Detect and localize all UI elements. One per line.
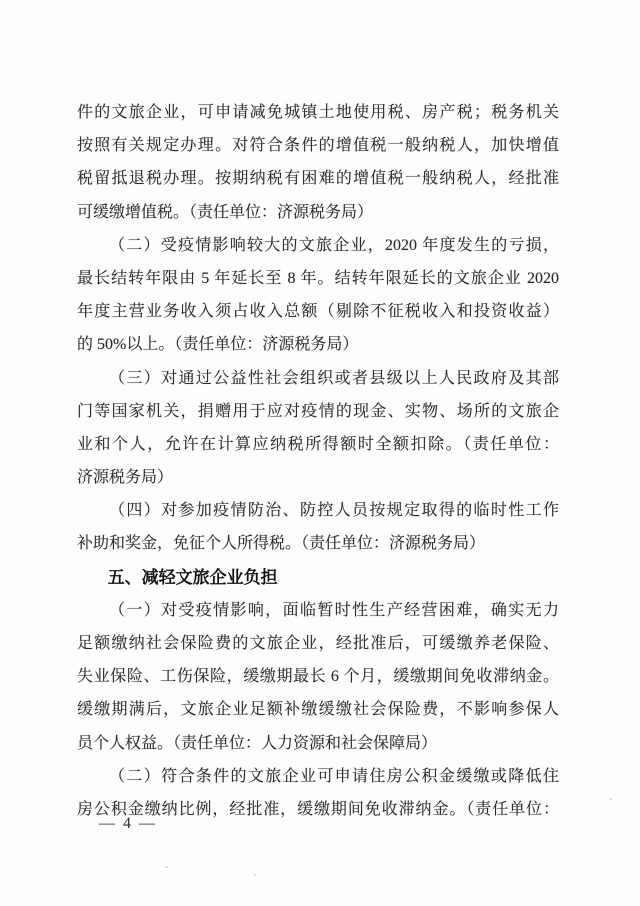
- text-line: 员个人权益。（责任单位：人力资源和社会保障局）: [77, 727, 559, 760]
- text-line: （一）对受疫情影响，面临暂时性生产经营困难，确实无力: [77, 594, 559, 627]
- text-line: 业和个人，允许在计算应纳税所得额时全额扣除。（责任单位：: [77, 428, 559, 461]
- text-line: 税留抵退税办理。按期纳税有困难的增值税一般纳税人，经批准: [77, 162, 559, 195]
- text-line: （四）对参加疫情防治、防控人员按规定取得的临时性工作: [77, 494, 559, 527]
- page-number: — 4 —: [99, 814, 157, 834]
- text-line: （三）对通过公益性社会组织或者县级以上人民政府及其部: [77, 362, 559, 395]
- text-line: 济源税务局）: [77, 461, 559, 494]
- text-line: 缓缴期满后，文旅企业足额补缴缓缴社会保险费，不影响参保人: [77, 693, 559, 726]
- document-body: 件的文旅企业，可申请减免城镇土地使用税、房产税；税务机关 按照有关规定办理。对符…: [77, 96, 559, 826]
- text-line: 的 50%以上。（责任单位：济源税务局）: [77, 328, 559, 361]
- document-page: 件的文旅企业，可申请减免城镇土地使用税、房产税；税务机关 按照有关规定办理。对符…: [0, 0, 640, 906]
- text-line: 补助和奖金，免征个人所得税。（责任单位：济源税务局）: [77, 527, 559, 560]
- section-heading: 五、减轻文旅企业负担: [77, 561, 559, 594]
- scan-speck: [254, 874, 256, 876]
- text-line: 年度主营业务收入须占收入总额（剔除不征税收入和投资收益）: [77, 295, 559, 328]
- text-line: 门等国家机关，捐赠用于应对疫情的现金、实物、场所的文旅企: [77, 395, 559, 428]
- text-line: 件的文旅企业，可申请减免城镇土地使用税、房产税；税务机关: [77, 96, 559, 129]
- text-line: 可缓缴增值税。（责任单位：济源税务局）: [77, 196, 559, 229]
- text-line: 最长结转年限由 5 年延长至 8 年。结转年限延长的文旅企业 2020: [77, 262, 559, 295]
- text-line: （二）受疫情影响较大的文旅企业，2020 年度发生的亏损，: [77, 229, 559, 262]
- text-line: 足额缴纳社会保险费的文旅企业，经批准后，可缓缴养老保险、: [77, 627, 559, 660]
- scan-speck: [165, 866, 168, 868]
- scan-speck: [609, 798, 612, 800]
- text-line: 失业保险、工伤保险，缓缴期最长 6 个月，缓缴期间免收滞纳金。: [77, 660, 559, 693]
- text-line: 按照有关规定办理。对符合条件的增值税一般纳税人，加快增值: [77, 129, 559, 162]
- text-line: （二）符合条件的文旅企业可申请住房公积金缓缴或降低住: [77, 760, 559, 793]
